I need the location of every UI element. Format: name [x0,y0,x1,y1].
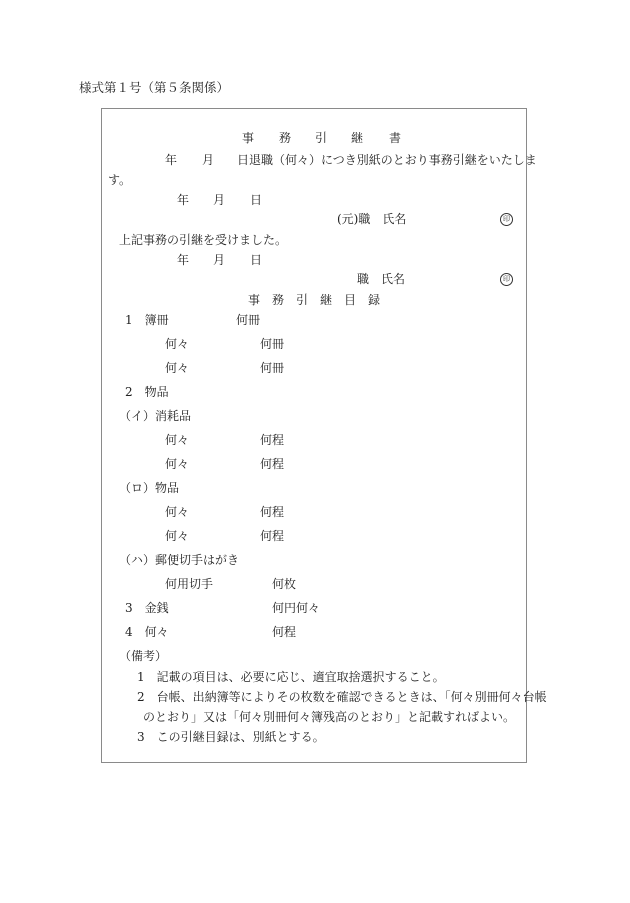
list-item-label: 4 何々 [125,625,169,639]
remarks-heading: （備考） [119,649,167,663]
remarks-note: のとおり」又は「何々別冊何々簿残高のとおり」と記載すればよい。 [143,710,515,724]
list-item-label: 何々 [165,457,189,471]
list-item-label: 何々 [165,529,189,543]
list-item-label: 3 金銭 [125,601,169,615]
retire-month: 月 [202,153,214,167]
list-item-value: 何円何々 [272,601,320,615]
list-item-value: 何程 [260,457,284,471]
list-item-label: 何用切手 [165,577,213,591]
date2-day: 日 [250,253,262,267]
list-item-value: 何冊 [260,337,284,351]
list-item-label: （ロ）物品 [119,481,179,495]
list-item-value: 何程 [260,505,284,519]
remarks-note: 2 台帳、出納簿等によりその枚数を確認できるときは、「何々別冊何々台帳 [137,690,547,704]
retire-year: 年 [165,153,177,167]
list-item-label: 何々 [165,361,189,375]
list-item-value: 何程 [260,529,284,543]
date-year: 年 [177,193,189,207]
form-label: 様式第１号（第５条関係） [79,81,229,95]
list-item-label: 2 物品 [125,385,169,399]
remarks-note: 3 この引継目録は、別紙とする。 [137,730,325,744]
list-item-label: （ハ）郵便切手はがき [119,553,239,567]
list-item-label: 1 簿冊 [125,313,169,327]
notice-body-line2: す。 [108,173,131,187]
seal-icon: 印 [500,273,513,286]
date-day: 日 [250,193,262,207]
list-item-value: 何冊 [236,313,260,327]
list-item-label: 何々 [165,433,189,447]
date2-year: 年 [177,253,189,267]
receipt-text: 上記事務の引継を受けました。 [119,233,287,247]
seal-icon: 印 [500,213,513,226]
list-item-value: 何冊 [260,361,284,375]
list-item-label: （イ）消耗品 [119,409,191,423]
list-item-value: 何枚 [272,577,296,591]
list-item-label: 何々 [165,505,189,519]
list-item-label: 何々 [165,337,189,351]
remarks-note: 1 記載の項目は、必要に応じ、適宜取捨選択すること。 [137,670,445,684]
signer1-label: (元)職 氏名 [337,212,406,226]
date2-month: 月 [213,253,225,267]
signer2-label: 職 氏名 [357,272,405,286]
date-month: 月 [213,193,225,207]
notice-body-line1: 日退職（何々）につき別紙のとおり事務引継をいたしま [237,153,537,167]
list-item-value: 何程 [272,625,296,639]
list-item-value: 何程 [260,433,284,447]
